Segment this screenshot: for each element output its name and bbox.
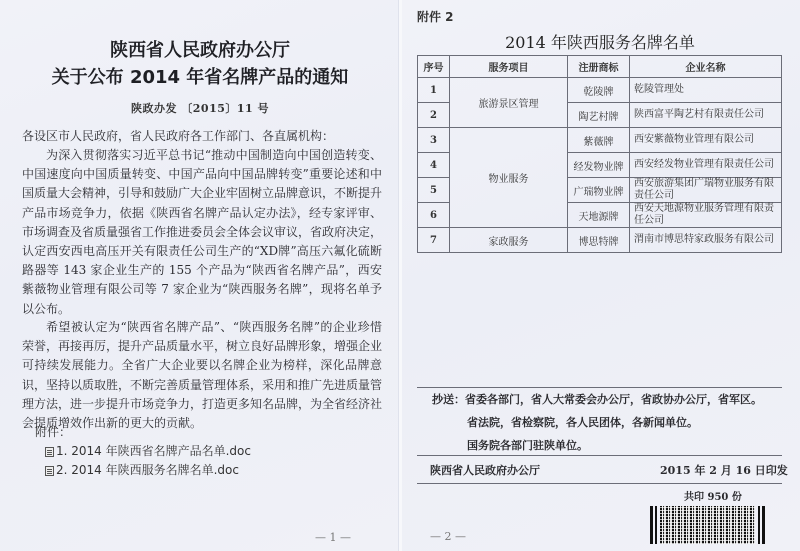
body-paragraph-1: 为深入贯彻落实习近平总书记“推动中国制造向中国创造转变、中国速度向中国质量转变、… (22, 146, 382, 319)
cc-list-line-2: 省法院，省检察院，各人民团体，各新闻单位。 (467, 414, 698, 430)
header-trademark: 注册商标 (568, 56, 630, 78)
header-no: 序号 (418, 56, 450, 78)
row-no: 3 (418, 128, 450, 153)
divider-rule (417, 387, 782, 388)
addressee: 各设区市人民政府，省人民政府各工作部门、各直属机构： (22, 127, 382, 146)
row-no: 1 (418, 78, 450, 103)
print-copies: 共印 950 份 (684, 488, 742, 503)
doc-icon (45, 466, 54, 476)
row-trademark: 乾陵牌 (568, 78, 630, 103)
row-no: 5 (418, 178, 450, 203)
barcode-icon (650, 506, 765, 544)
service-brands-table: 序号 服务项目 注册商标 企业名称 1 旅游景区管理 乾陵牌 乾陵管理处 2 陶… (417, 55, 782, 253)
page-number: — 2 — (430, 530, 466, 543)
body-paragraph-2: 希望被认定为“陕西省名牌产品”、“陕西服务名牌”的企业珍惜荣誉，再接再厉，提升产… (22, 318, 382, 433)
attachment-link-2[interactable]: 2. 2014 年陕西服务名牌名单.doc (45, 461, 251, 480)
row-trademark: 陶艺村牌 (568, 103, 630, 128)
attachments-label: 附件： (35, 423, 251, 442)
header-company: 企业名称 (630, 56, 782, 78)
notice-title-issuer: 陕西省人民政府办公厅 (0, 36, 400, 62)
attachment-link-1[interactable]: 1. 2014 年陕西省名牌产品名单.doc (45, 442, 251, 461)
issue-date: 2015 年 2 月 16 日印发 (660, 462, 788, 478)
row-no: 4 (418, 153, 450, 178)
row-company: 西安经发物业管理有限责任公司 (630, 153, 782, 178)
header-service: 服务项目 (450, 56, 568, 78)
row-no: 6 (418, 203, 450, 228)
attachment-2-label: 附件 2 (417, 8, 454, 25)
row-trademark: 天地源牌 (568, 203, 630, 228)
service-group: 旅游景区管理 (450, 78, 568, 128)
divider-rule (417, 455, 782, 456)
divider-rule (417, 483, 782, 484)
page-number: — 1 — (315, 531, 351, 544)
table-header-row: 序号 服务项目 注册商标 企业名称 (418, 56, 782, 78)
service-group: 家政服务 (450, 228, 568, 253)
table-row: 7 家政服务 博思特牌 渭南市博思特家政服务有限公司 (418, 228, 782, 253)
attachment-label: 1. 2014 年陕西省名牌产品名单.doc (56, 442, 251, 461)
document-number: 陕政办发 〔2015〕11 号 (0, 100, 400, 116)
row-trademark: 经发物业牌 (568, 153, 630, 178)
row-company: 渭南市博思特家政服务有限公司 (630, 228, 782, 253)
row-trademark: 博思特牌 (568, 228, 630, 253)
row-company: 西安旅游集团广瑞物业服务有限责任公司 (630, 178, 782, 203)
table-row: 3 物业服务 紫薇牌 西安紫薇物业管理有限公司 (418, 128, 782, 153)
page-1: 陕西省人民政府办公厅 关于公布 2014 年省名牌产品的通知 陕政办发 〔201… (0, 0, 400, 551)
row-no: 7 (418, 228, 450, 253)
doc-icon (45, 447, 54, 457)
row-trademark: 广瑞物业牌 (568, 178, 630, 203)
attachment-label: 2. 2014 年陕西服务名牌名单.doc (56, 461, 239, 480)
cc-list-line-1: 抄送：省委各部门，省人大常委会办公厅，省政协办公厅，省军区。 (432, 391, 762, 407)
notice-title-subject: 关于公布 2014 年省名牌产品的通知 (0, 63, 400, 89)
issuer: 陕西省人民政府办公厅 (430, 462, 540, 478)
list-title: 2014 年陕西服务名牌名单 (400, 30, 800, 53)
row-trademark: 紫薇牌 (568, 128, 630, 153)
row-company: 陕西富平陶艺村有限责任公司 (630, 103, 782, 128)
cc-list-line-3: 国务院各部门驻陕单位。 (467, 437, 588, 453)
table-row: 1 旅游景区管理 乾陵牌 乾陵管理处 (418, 78, 782, 103)
row-company: 西安紫薇物业管理有限公司 (630, 128, 782, 153)
row-company: 乾陵管理处 (630, 78, 782, 103)
attachments-list: 附件： 1. 2014 年陕西省名牌产品名单.doc 2. 2014 年陕西服务… (35, 423, 251, 480)
service-group: 物业服务 (450, 128, 568, 228)
row-company: 西安天地源物业服务管理有限责任公司 (630, 203, 782, 228)
row-no: 2 (418, 103, 450, 128)
